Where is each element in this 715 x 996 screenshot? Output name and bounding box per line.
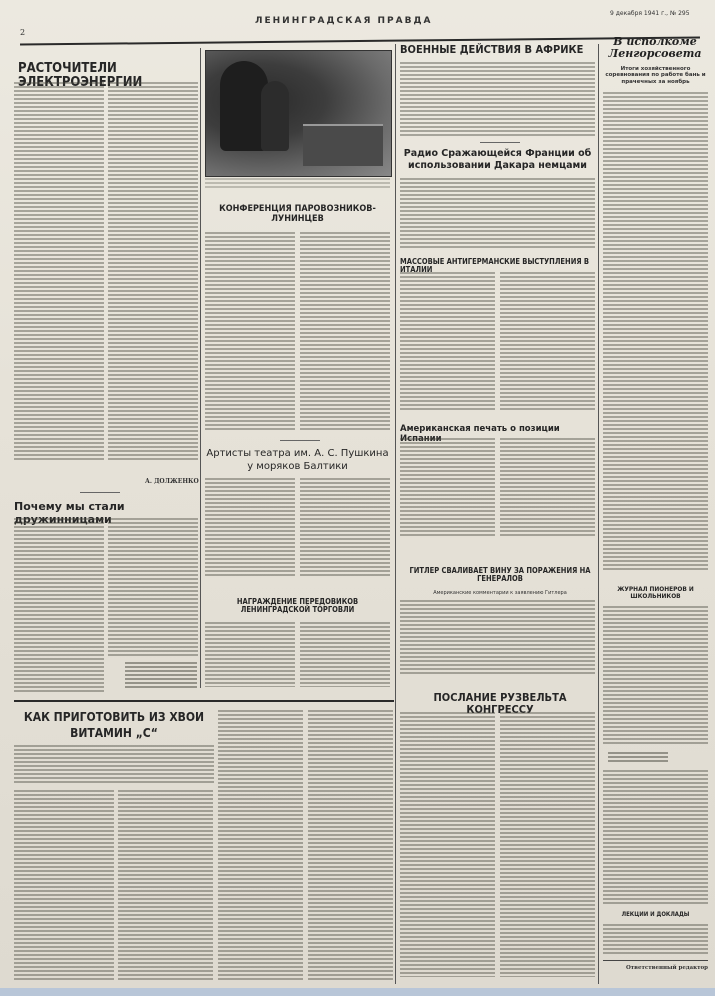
headline-lectures: Лекции и доклады: [603, 912, 708, 919]
signature: А. ДОЛЖЕНКО: [145, 478, 199, 485]
article-text: [218, 710, 303, 980]
article-text: [400, 600, 595, 675]
headline-awards: Награждение передовиков ленинградской то…: [205, 598, 390, 615]
headline-africa: Военные действия в Африке: [400, 44, 595, 56]
article-text: [400, 438, 495, 538]
news-photo: [205, 50, 392, 177]
article-text: [400, 272, 495, 412]
article-text: [14, 82, 104, 462]
article-text: [108, 518, 198, 658]
article-text: [300, 478, 390, 578]
article-text: [603, 92, 708, 572]
separator: [480, 142, 520, 143]
headline-radio-france: Радио Сражающейся Франции об использован…: [400, 148, 595, 173]
column-rule: [200, 48, 201, 688]
article-text: [205, 232, 295, 432]
article-text: [205, 622, 295, 687]
article-text: [108, 82, 198, 462]
article-text: [500, 438, 595, 538]
separator: [280, 440, 320, 441]
date-line: 9 декабря 1941 г., № 295: [610, 10, 690, 17]
page-number: 2: [20, 28, 25, 37]
article-text: [205, 478, 295, 578]
photo-machine: [303, 124, 383, 166]
article-text: [603, 770, 708, 905]
subhead-ispolkom: Итоги хозяйственного соревнования по раб…: [603, 66, 708, 85]
photo-caption: [205, 178, 390, 190]
article-text: [500, 272, 595, 412]
article-text: [400, 712, 495, 977]
article-text: [300, 622, 390, 687]
article-text: [400, 62, 595, 137]
photo-figure: [261, 81, 289, 151]
article-text: [118, 790, 213, 980]
headline-vitamin: Как приготовить из хвои витамин „С“: [14, 710, 214, 741]
column-rule: [395, 44, 396, 984]
notice-box: [125, 662, 197, 690]
headline-locomotive: Конференция паровозников-лунинцев: [205, 205, 390, 225]
article-text: [500, 712, 595, 977]
notice-strip: [608, 752, 668, 764]
separator: [80, 492, 120, 493]
headline-ispolkom: В исполкоме Ленгорсовета: [600, 36, 710, 59]
section-rule: [14, 700, 394, 702]
separator: [603, 960, 708, 961]
screen-edge: [0, 988, 715, 996]
article-text: [603, 606, 708, 746]
headline-actors: Артисты театра им. А. С. Пушкина у моряк…: [205, 448, 390, 473]
article-text: [14, 745, 214, 785]
newspaper-page: 2 ЛЕНИНГРАДСКАЯ ПРАВДА 9 декабря 1941 г.…: [0, 0, 715, 996]
article-text: [603, 924, 708, 954]
article-text: [300, 232, 390, 432]
article-text: [308, 710, 393, 980]
column-rule: [598, 44, 599, 984]
editor-signature: Ответственный редактор: [620, 965, 708, 971]
article-text: [14, 790, 114, 980]
article-text: [14, 518, 104, 693]
subhead-hitler: Американские комментарии к заявлению Гит…: [405, 591, 595, 597]
headline-hitler: Гитлер сваливает вину за поражения на ге…: [405, 567, 595, 584]
headline-journal: Журнал пионеров и школьников: [603, 586, 708, 600]
article-text: [400, 178, 595, 248]
masthead: ЛЕНИНГРАДСКАЯ ПРАВДА: [255, 16, 432, 26]
